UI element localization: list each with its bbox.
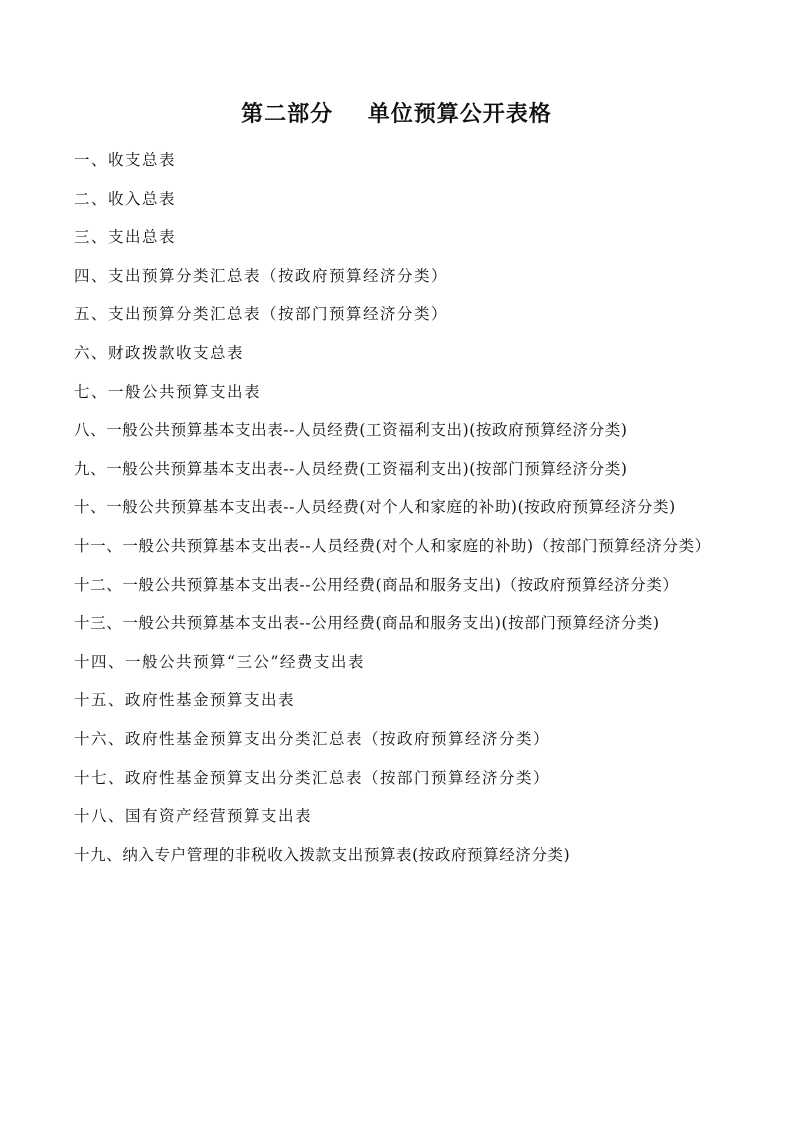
toc-item-label: 一般公共预算基本支出表--人员经费(对个人和家庭的补助)（按部门预算经济分类） (122, 537, 710, 555)
toc-item-label: 一般公共预算支出表 (108, 383, 261, 401)
toc-item-label: 纳入专户管理的非税收入拨款支出预算表(按政府预算经济分类) (122, 846, 570, 864)
toc-item-number: 十八、 (74, 807, 125, 825)
toc-item-label: 政府性基金预算支出分类汇总表（按部门预算经济分类） (125, 769, 550, 787)
toc-item-label: 收入总表 (108, 190, 176, 208)
toc-item-label: 政府性基金预算支出表 (125, 691, 295, 709)
toc-item-number: 一、 (74, 151, 108, 169)
toc-item-6: 六、财政拨款收支总表 (74, 334, 724, 373)
toc-item-number: 三、 (74, 228, 108, 246)
toc-item-number: 十四、 (74, 653, 125, 671)
toc-item-14: 十四、一般公共预算“三公”经费支出表 (74, 643, 724, 682)
toc-item-number: 十一、 (74, 537, 122, 555)
toc-item-label: 一般公共预算基本支出表--公用经费(商品和服务支出)(按部门预算经济分类) (122, 614, 659, 632)
table-of-contents: 一、收支总表 二、收入总表 三、支出总表 四、支出预算分类汇总表（按政府预算经济… (74, 141, 724, 874)
toc-item-17: 十七、政府性基金预算支出分类汇总表（按部门预算经济分类） (74, 759, 724, 798)
toc-item-number: 十五、 (74, 691, 125, 709)
toc-item-number: 十三、 (74, 614, 122, 632)
toc-item-5: 五、支出预算分类汇总表（按部门预算经济分类） (74, 295, 724, 334)
toc-item-label: 支出预算分类汇总表（按部门预算经济分类） (108, 305, 448, 323)
toc-item-label: 一般公共预算“三公”经费支出表 (125, 653, 365, 671)
toc-item-13: 十三、一般公共预算基本支出表--公用经费(商品和服务支出)(按部门预算经济分类) (74, 604, 724, 643)
toc-item-18: 十八、国有资产经营预算支出表 (74, 797, 724, 836)
toc-item-number: 十六、 (74, 730, 125, 748)
toc-item-15: 十五、政府性基金预算支出表 (74, 681, 724, 720)
toc-item-label: 收支总表 (108, 151, 176, 169)
toc-item-19: 十九、纳入专户管理的非税收入拨款支出预算表(按政府预算经济分类) (74, 836, 724, 875)
toc-item-label: 一般公共预算基本支出表--人员经费(对个人和家庭的补助)(按政府预算经济分类) (106, 498, 676, 516)
toc-item-number: 五、 (74, 305, 108, 323)
toc-item-16: 十六、政府性基金预算支出分类汇总表（按政府预算经济分类） (74, 720, 724, 759)
toc-item-number: 七、 (74, 383, 108, 401)
toc-item-number: 四、 (74, 267, 108, 285)
toc-item-number: 十九、 (74, 846, 122, 864)
toc-item-label: 支出预算分类汇总表（按政府预算经济分类） (108, 267, 448, 285)
toc-item-11: 十一、一般公共预算基本支出表--人员经费(对个人和家庭的补助)（按部门预算经济分… (74, 527, 724, 566)
toc-item-2: 二、收入总表 (74, 180, 724, 219)
toc-item-number: 二、 (74, 190, 108, 208)
toc-item-9: 九、一般公共预算基本支出表--人员经费(工资福利支出)(按部门预算经济分类) (74, 450, 724, 489)
toc-item-3: 三、支出总表 (74, 218, 724, 257)
toc-item-label: 一般公共预算基本支出表--人员经费(工资福利支出)(按部门预算经济分类) (106, 460, 627, 478)
toc-item-12: 十二、一般公共预算基本支出表--公用经费(商品和服务支出)（按政府预算经济分类） (74, 566, 724, 605)
toc-item-number: 六、 (74, 344, 108, 362)
toc-item-7: 七、一般公共预算支出表 (74, 373, 724, 412)
toc-item-10: 十、一般公共预算基本支出表--人员经费(对个人和家庭的补助)(按政府预算经济分类… (74, 488, 724, 527)
toc-item-8: 八、一般公共预算基本支出表--人员经费(工资福利支出)(按政府预算经济分类) (74, 411, 724, 450)
toc-item-number: 九、 (74, 460, 106, 478)
toc-item-label: 一般公共预算基本支出表--公用经费(商品和服务支出)（按政府预算经济分类） (122, 576, 678, 594)
toc-item-label: 财政拨款收支总表 (108, 344, 244, 362)
toc-item-number: 十二、 (74, 576, 122, 594)
toc-item-label: 支出总表 (108, 228, 176, 246)
toc-item-label: 政府性基金预算支出分类汇总表（按政府预算经济分类） (125, 730, 550, 748)
toc-item-1: 一、收支总表 (74, 141, 724, 180)
toc-item-number: 十、 (74, 498, 106, 516)
page-title: 第二部分 单位预算公开表格 (0, 100, 793, 130)
toc-item-label: 国有资产经营预算支出表 (125, 807, 312, 825)
toc-item-label: 一般公共预算基本支出表--人员经费(工资福利支出)(按政府预算经济分类) (106, 421, 627, 439)
toc-item-number: 八、 (74, 421, 106, 439)
toc-item-4: 四、支出预算分类汇总表（按政府预算经济分类） (74, 257, 724, 296)
toc-item-number: 十七、 (74, 769, 125, 787)
